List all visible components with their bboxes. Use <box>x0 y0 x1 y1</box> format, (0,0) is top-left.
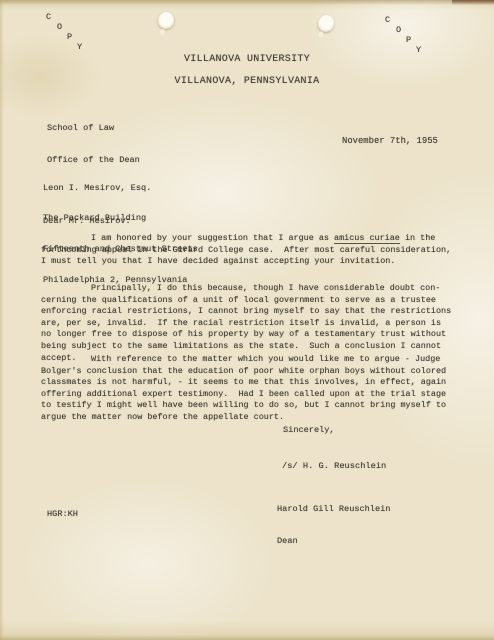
scan-edge-top-right <box>452 0 494 5</box>
recipient-name: Leon I. Mesirov, Esq. <box>43 183 198 193</box>
hole-punch-right <box>317 14 335 33</box>
signer-name: Harold Gill Reuschlein <box>277 504 390 515</box>
underlined-latin-phrase: amicus curiae <box>334 233 400 244</box>
sender-department: School of Law <box>47 123 140 134</box>
paragraph-text: I am honored by your suggestion that I a… <box>91 233 334 243</box>
copy-stamp-left: C O P Y <box>46 12 94 60</box>
reference-initials: HGR:KH <box>47 509 78 519</box>
copy-stamp-letter: P <box>67 32 72 42</box>
copy-stamp-letter: O <box>57 22 62 32</box>
scan-edge-left <box>0 0 4 640</box>
letter-page: C O P Y C O P Y VILLANOVA UNIVERSITY VIL… <box>0 0 494 640</box>
closing: Sincerely, <box>283 425 335 435</box>
signer-block: Harold Gill Reuschlein Dean <box>277 483 390 568</box>
copy-stamp-letter: C <box>385 15 390 25</box>
copy-stamp-letter: C <box>46 12 51 22</box>
scan-edge-bottom <box>0 635 494 640</box>
copy-stamp-letter: P <box>406 35 411 45</box>
body-paragraph-3: With reference to the matter which you w… <box>41 354 471 424</box>
letterhead-university: VILLANOVA UNIVERSITY <box>0 54 494 65</box>
date-line: November 7th, 1955 <box>342 136 438 146</box>
copy-stamp-letter: O <box>396 25 401 35</box>
salutation: Dear Mr. Mesirov: <box>43 216 131 226</box>
body-paragraph-2: Principally, I do this because, though I… <box>41 283 471 364</box>
scan-edge-top <box>0 0 494 5</box>
hole-punch-left <box>158 12 174 29</box>
copy-stamp-letter: Y <box>77 42 82 52</box>
body-paragraph-1: I am honored by your suggestion that I a… <box>41 233 471 268</box>
letterhead-location: VILLANOVA, PENNSYLVANIA <box>0 76 494 87</box>
signer-title: Dean <box>277 536 390 547</box>
typed-signature: /s/ H. G. Reuschlein <box>282 461 386 471</box>
